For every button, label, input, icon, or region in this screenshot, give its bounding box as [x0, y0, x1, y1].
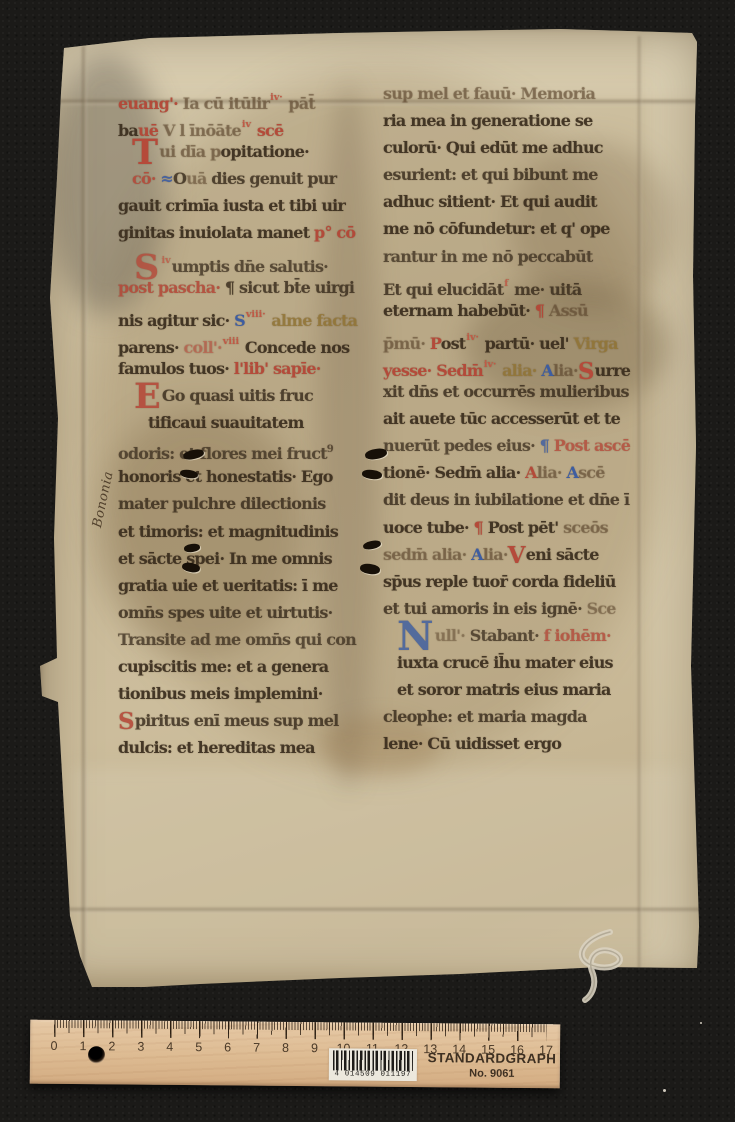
manuscript-line: adhuc sitient· Et qui audit [383, 188, 658, 215]
manuscript-line: dit deus in iubilatione et dn̄e ī [383, 486, 658, 513]
ruler-hanging-hole [88, 1046, 105, 1063]
manuscript-line: uoce tube· ¶ Post pēt' sceōs [383, 514, 658, 541]
photo-scene: euang'· Ia cū itūliriv· pāt̄bauē V l īnō… [0, 0, 735, 1122]
ruler-cm-label: 7 [247, 1041, 267, 1055]
ruler-cm-label: 4 [160, 1040, 180, 1054]
manuscript-line: tionibus meis implemini· [118, 680, 393, 707]
manuscript-line: sedm̄ alia· Alia·Veni sācte [383, 541, 658, 568]
ruler-cm-label: 3 [131, 1040, 151, 1054]
manuscript-line: mater pulchre dilectionis [118, 490, 393, 517]
manuscript-line: Spiritus enī meus sup mel [118, 707, 393, 734]
manuscript-line: ait auete tūc accesserūt et te [383, 405, 658, 432]
manuscript-line: Transite ad me omn̄s qui con [118, 626, 393, 653]
manuscript-line: nis agitur sic· Sviii· alme facta [118, 301, 393, 328]
barcode-digits: 4 014509 011197 [329, 1070, 417, 1079]
manuscript-line: omn̄s spes uite et uirtutis· [118, 599, 393, 626]
ruler-brand-block: STANDARDGRAPH No. 9061 [422, 1050, 562, 1080]
manuscript-line: ginitas inuiolata manet p° cō [118, 219, 393, 246]
manuscript-line: sup mel et fauū· Memoria [383, 80, 658, 107]
manuscript-line: tionē· Sedm̄ alia· Alia· Ascē [383, 459, 658, 486]
manuscript-line: Sivumptis dn̄e salutis· [118, 247, 393, 274]
manuscript-line: Tui dīa popitatione· [118, 138, 393, 165]
manuscript-line: cleophe: et maria magda [383, 703, 658, 730]
ruler-cm-label: 6 [218, 1040, 238, 1054]
ruler-cm-label: 9 [304, 1041, 324, 1055]
manuscript-line: parens· coll'·viii Concede nos [118, 328, 393, 355]
text-column-left: euang'· Ia cū itūliriv· pāt̄bauē V l īnō… [118, 84, 393, 761]
manuscript-line: cō· ≈Ouā dies genuit pur [118, 165, 393, 192]
manuscript-line: eternam habebūt· ¶ Assū [383, 297, 658, 324]
manuscript-line: et soror matris eius maria [383, 676, 658, 703]
ruler-model-number: No. 9061 [422, 1067, 562, 1080]
ruler-cm-label: 5 [189, 1040, 209, 1054]
manuscript-line: iuxta crucē ih̄u mater eius [383, 649, 658, 676]
dust-speck [663, 1089, 666, 1092]
manuscript-line: post pascha· ¶ sicut bt̄e uirgi [118, 274, 393, 301]
barcode-bars [333, 1050, 413, 1071]
ruler-brand-name: STANDARDGRAPH [422, 1050, 562, 1066]
manuscript-line: nuerūt pedes eius· ¶ Post ascē [383, 432, 658, 459]
manuscript-line: me nō cōfundetur: et q' ope [383, 215, 658, 242]
manuscript-line: bauē V l īnōāteiv scē [118, 111, 393, 138]
ruler-cm-label: 2 [102, 1039, 122, 1053]
manuscript-line: yesse· Sedm̄iv· alia· Alia·Surre [383, 351, 658, 378]
manuscript-line: Et qui elucidātf me· uitā [383, 270, 658, 297]
manuscript-line: esurient: et qui bibunt me [383, 161, 658, 188]
manuscript-line: gratia uie et ueritatis: ī me [118, 572, 393, 599]
manuscript-line: et sācte spei· In me omnis [118, 545, 393, 572]
manuscript-line: sp̄us reple tuor̄ corda fideliū [383, 568, 658, 595]
text-column-right: sup mel et fauū· Memoriaria mea in gener… [383, 80, 658, 757]
manuscript-line: honoris et honestatis· Ego [118, 463, 393, 490]
manuscript-line: p̄mū· Postiv· partū· uel' Virga [383, 324, 658, 351]
manuscript-line: EGo quasi uitis fruc [118, 382, 393, 409]
manuscript-line: rantur in me nō peccabūt [383, 243, 658, 270]
manuscript-line: tificaui suauitatem [118, 409, 393, 436]
manuscript-line: odoris: et flores mei fruct9 [118, 436, 393, 463]
manuscript-line: culorū· Qui edūt me adhuc [383, 134, 658, 161]
manuscript-line: lene· Cū uidisset ergo [383, 730, 658, 757]
manuscript-line: xit dn̄s et occurrēs mulieribus [383, 378, 658, 405]
manuscript-line: ria mea in generatione se [383, 107, 658, 134]
manuscript-line: dulcis: et hereditas mea [118, 734, 393, 761]
manuscript-line: euang'· Ia cū itūliriv· pāt̄ [118, 84, 393, 111]
ruler-cm-label: 0 [44, 1039, 64, 1053]
parchment-thread [555, 912, 665, 1012]
manuscript-line: cupiscitis me: et a genera [118, 653, 393, 680]
manuscript-line: gauit crimīa iusta et tibi uir [118, 192, 393, 219]
barcode: 4 014509 011197 [329, 1048, 417, 1081]
manuscript-line: Null'· Stabant· f iohēm· [383, 622, 658, 649]
dust-speck [700, 1022, 702, 1024]
parchment-leaf: euang'· Ia cū itūliriv· pāt̄bauē V l īnō… [40, 26, 708, 994]
manuscript-line: et timoris: et magnitudinis [118, 518, 393, 545]
ruler: 01234567891011121314151617 4 014509 0111… [30, 1020, 561, 1089]
ruler-cm-label: 8 [276, 1041, 296, 1055]
